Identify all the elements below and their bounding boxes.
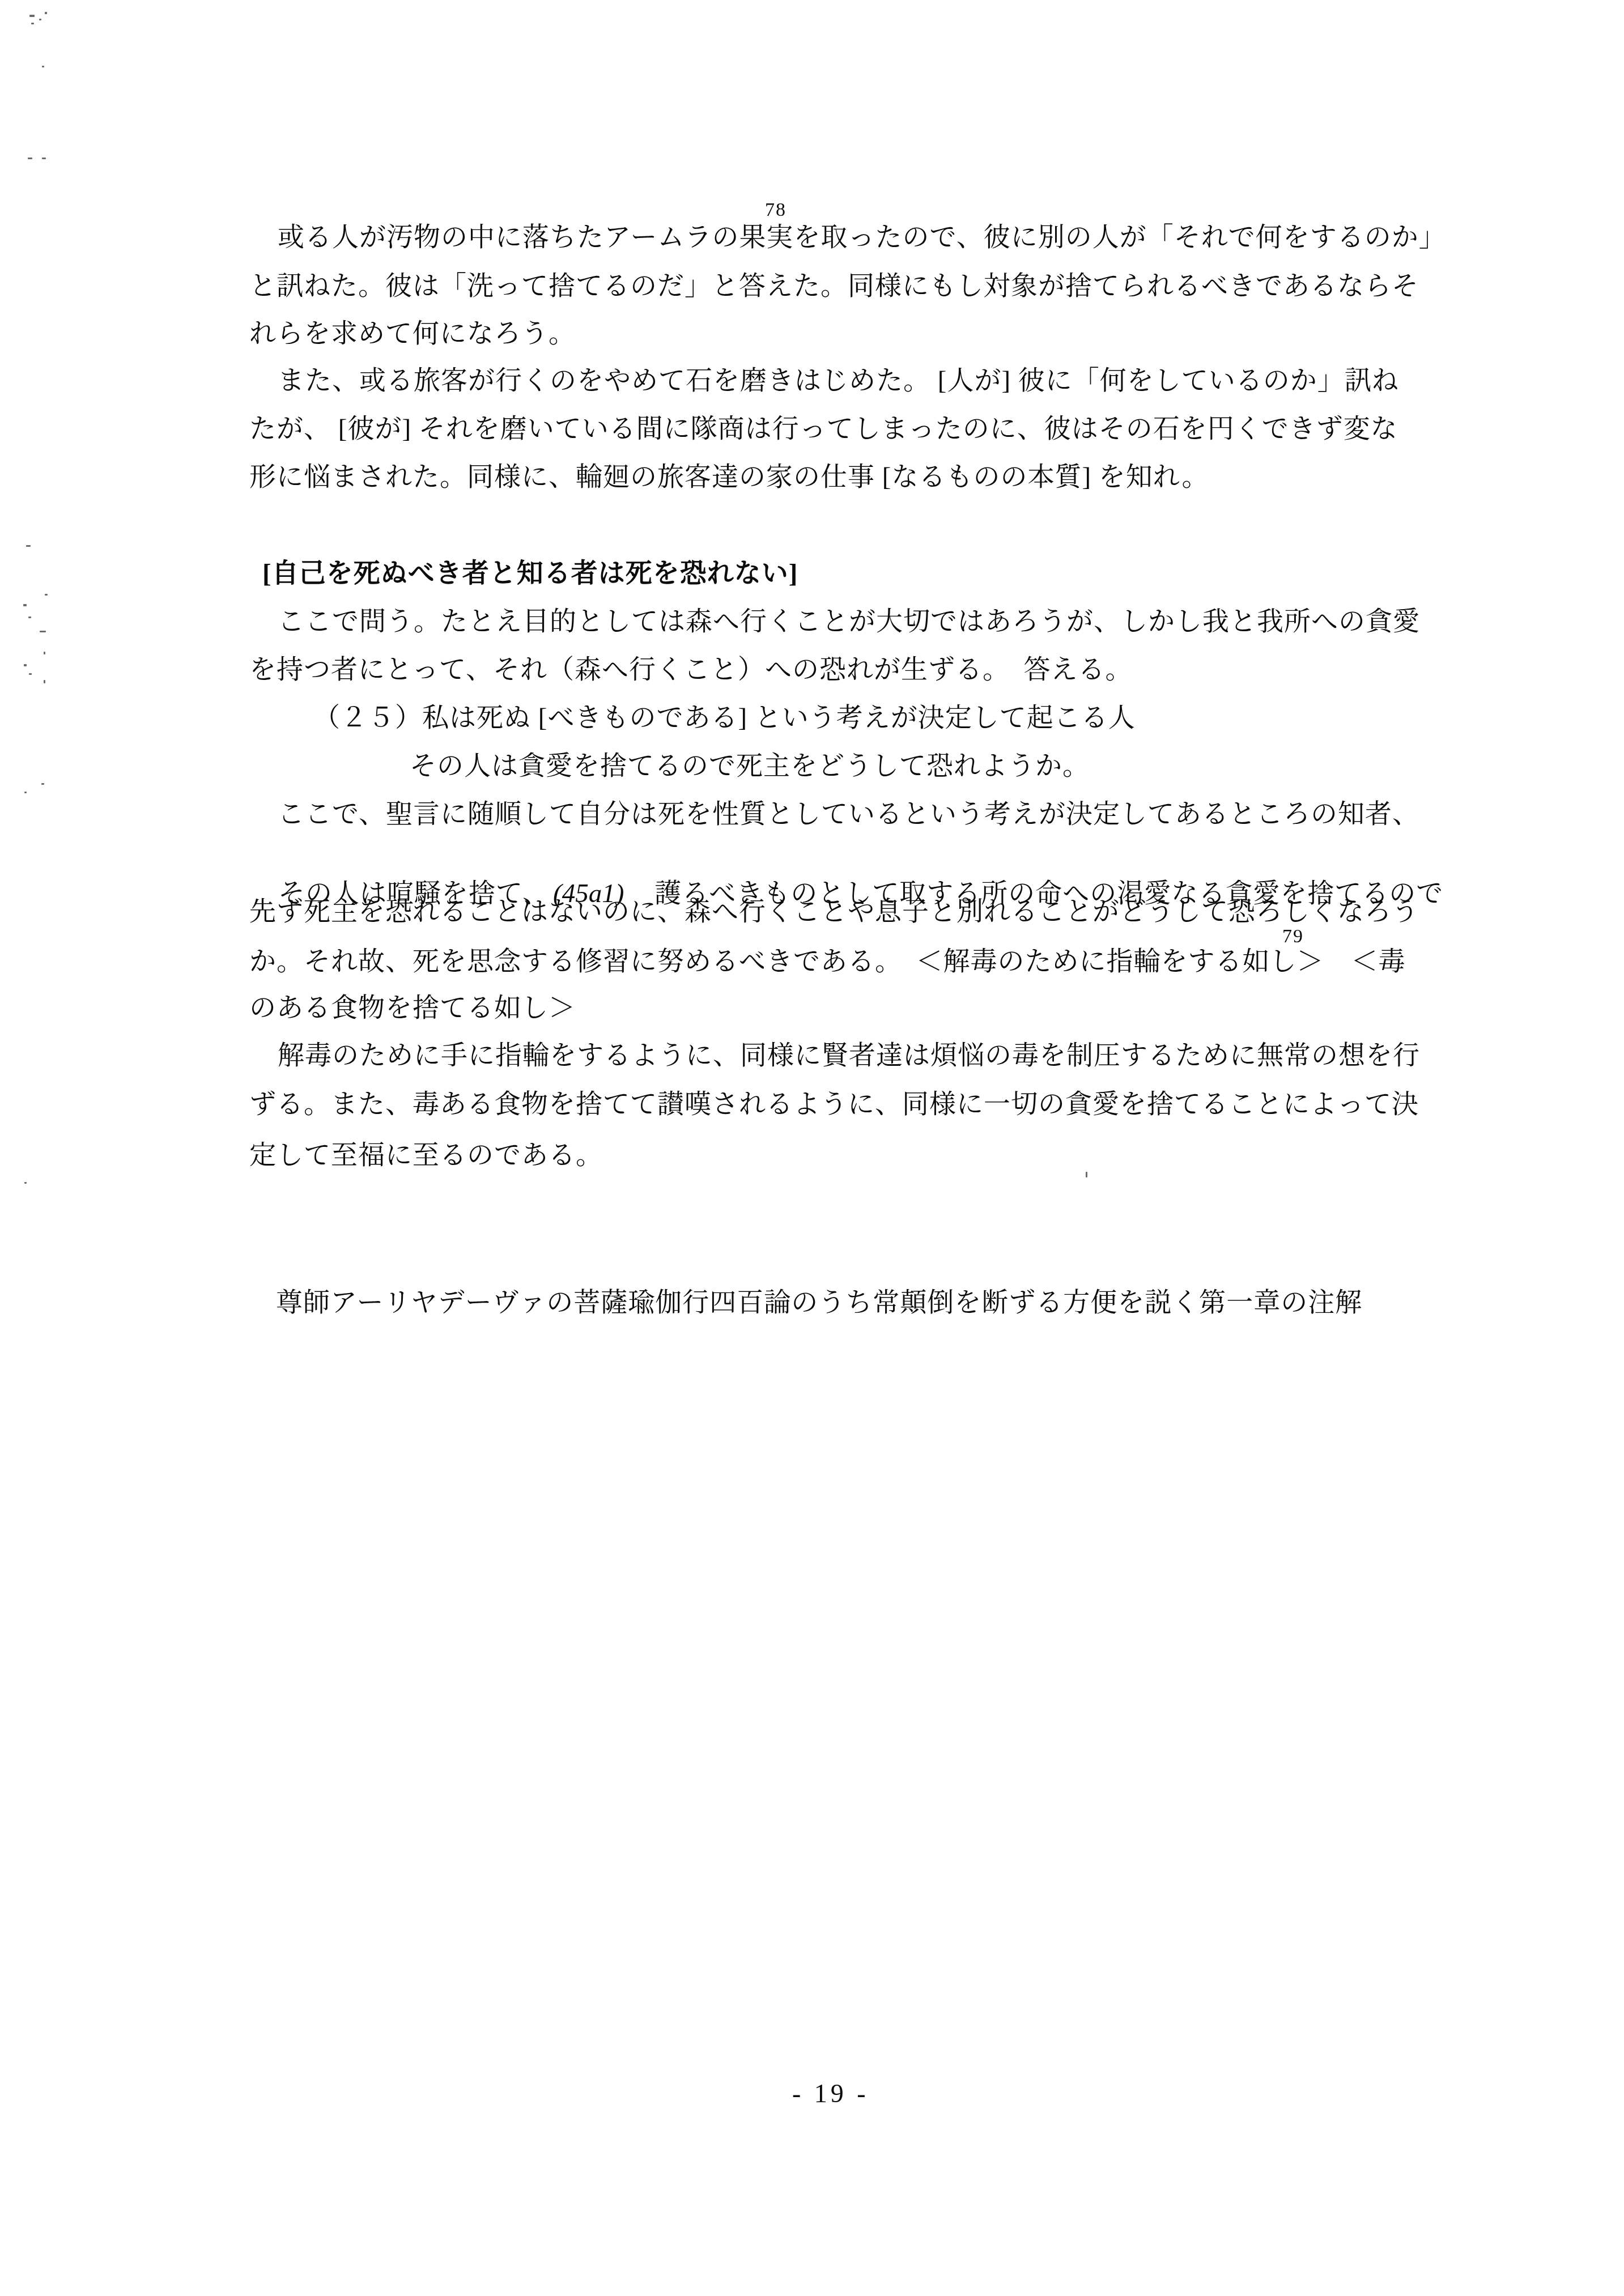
scan-speck <box>28 158 32 159</box>
scan-speck <box>1086 1172 1087 1177</box>
text-line: れらを求めて何になろう。 <box>249 318 576 350</box>
scanned-page: 78 79 或る人が汚物の中に落ちたアームラの果実を取ったので、彼に別の人が「そ… <box>0 0 1624 2296</box>
text-line: ここで問う。たとえ目的としては森へ行くことが大切ではあろうが、しかし我と我所への… <box>278 606 1420 637</box>
text-line: を持つ者にとって、それ（森へ行くこと）への恐れが生ずる。 答える。 <box>249 654 1133 686</box>
scan-speck <box>24 792 27 793</box>
scan-speck <box>44 680 45 683</box>
verse-line: その人は貪愛を捨てるので死主をどうして恐れようか。 <box>410 751 1090 782</box>
scan-speck <box>24 1182 27 1184</box>
scan-speck <box>45 594 48 596</box>
text-line: ここで、聖言に随順して自分は死を性質としているという考えが決定してあるところの知… <box>278 799 1419 830</box>
colophon-line: 尊師アーリヤデーヴァの菩薩瑜伽行四百論のうち常顛倒を断ずる方便を説く第一章の注解 <box>276 1287 1362 1319</box>
text-line: のある食物を捨てる如し＞ <box>249 993 576 1024</box>
verse-line-25: （２５）私は死ぬ [べきものである] という考えが決定して起こる人 <box>313 703 1136 734</box>
scan-speck <box>45 12 47 14</box>
text-line: 或る人が汚物の中に落ちたアームラの果実を取ったので、彼に別の人が「それで何をする… <box>278 222 1446 253</box>
scan-speck <box>44 652 45 654</box>
text-line: か。それ故、死を思念する修習に努めるべきである。 ＜解毒のために指輪をする如し＞… <box>249 946 1406 977</box>
scan-speck <box>29 15 35 17</box>
text-line: ずる。また、毒ある食物を捨てて讃嘆されるように、同様に一切の貪愛を捨てることによ… <box>249 1089 1419 1120</box>
scan-speck <box>42 158 46 159</box>
scan-speck <box>41 783 44 785</box>
scan-speck <box>31 23 34 24</box>
scan-speck <box>29 673 32 675</box>
text-line: 定して至福に至るのである。 <box>249 1140 603 1171</box>
scan-speck <box>28 616 31 618</box>
text-line: 解毒のために手に指輪をするように、同様に賢者達は煩悩の毒を制圧するために無常の想… <box>278 1040 1420 1072</box>
section-heading: [自己を死ぬべき者と知る者は死を恐れない] <box>262 558 798 589</box>
scan-speck <box>23 604 27 606</box>
scan-speck <box>40 631 46 632</box>
text-line: と訊ねた。彼は「洗って捨てるのだ」と答えた。同様にもし対象が捨てられるべきである… <box>249 271 1419 302</box>
scan-speck <box>26 545 31 547</box>
text-line: たが、 [彼が] それを磨いている間に隊商は行ってしまったのに、彼はその石を円く… <box>249 414 1398 445</box>
scan-speck <box>42 66 44 67</box>
text-line: 先ず死主を恐れることはないのに、森へ行くことや息子と別れることがどうして恐ろしく… <box>249 896 1419 928</box>
page-number: - 19 - <box>792 2078 869 2108</box>
footnote-marker-78: 78 <box>765 199 787 221</box>
text-line: 形に悩まされた。同様に、輪廻の旅客達の家の仕事 [なるものの本質] を知れ。 <box>249 462 1209 493</box>
scan-speck <box>39 19 41 20</box>
scan-speck <box>24 664 27 666</box>
text-line: また、或る旅客が行くのをやめて石を磨きはじめた。 [人が] 彼に「何をしているの… <box>278 365 1399 397</box>
